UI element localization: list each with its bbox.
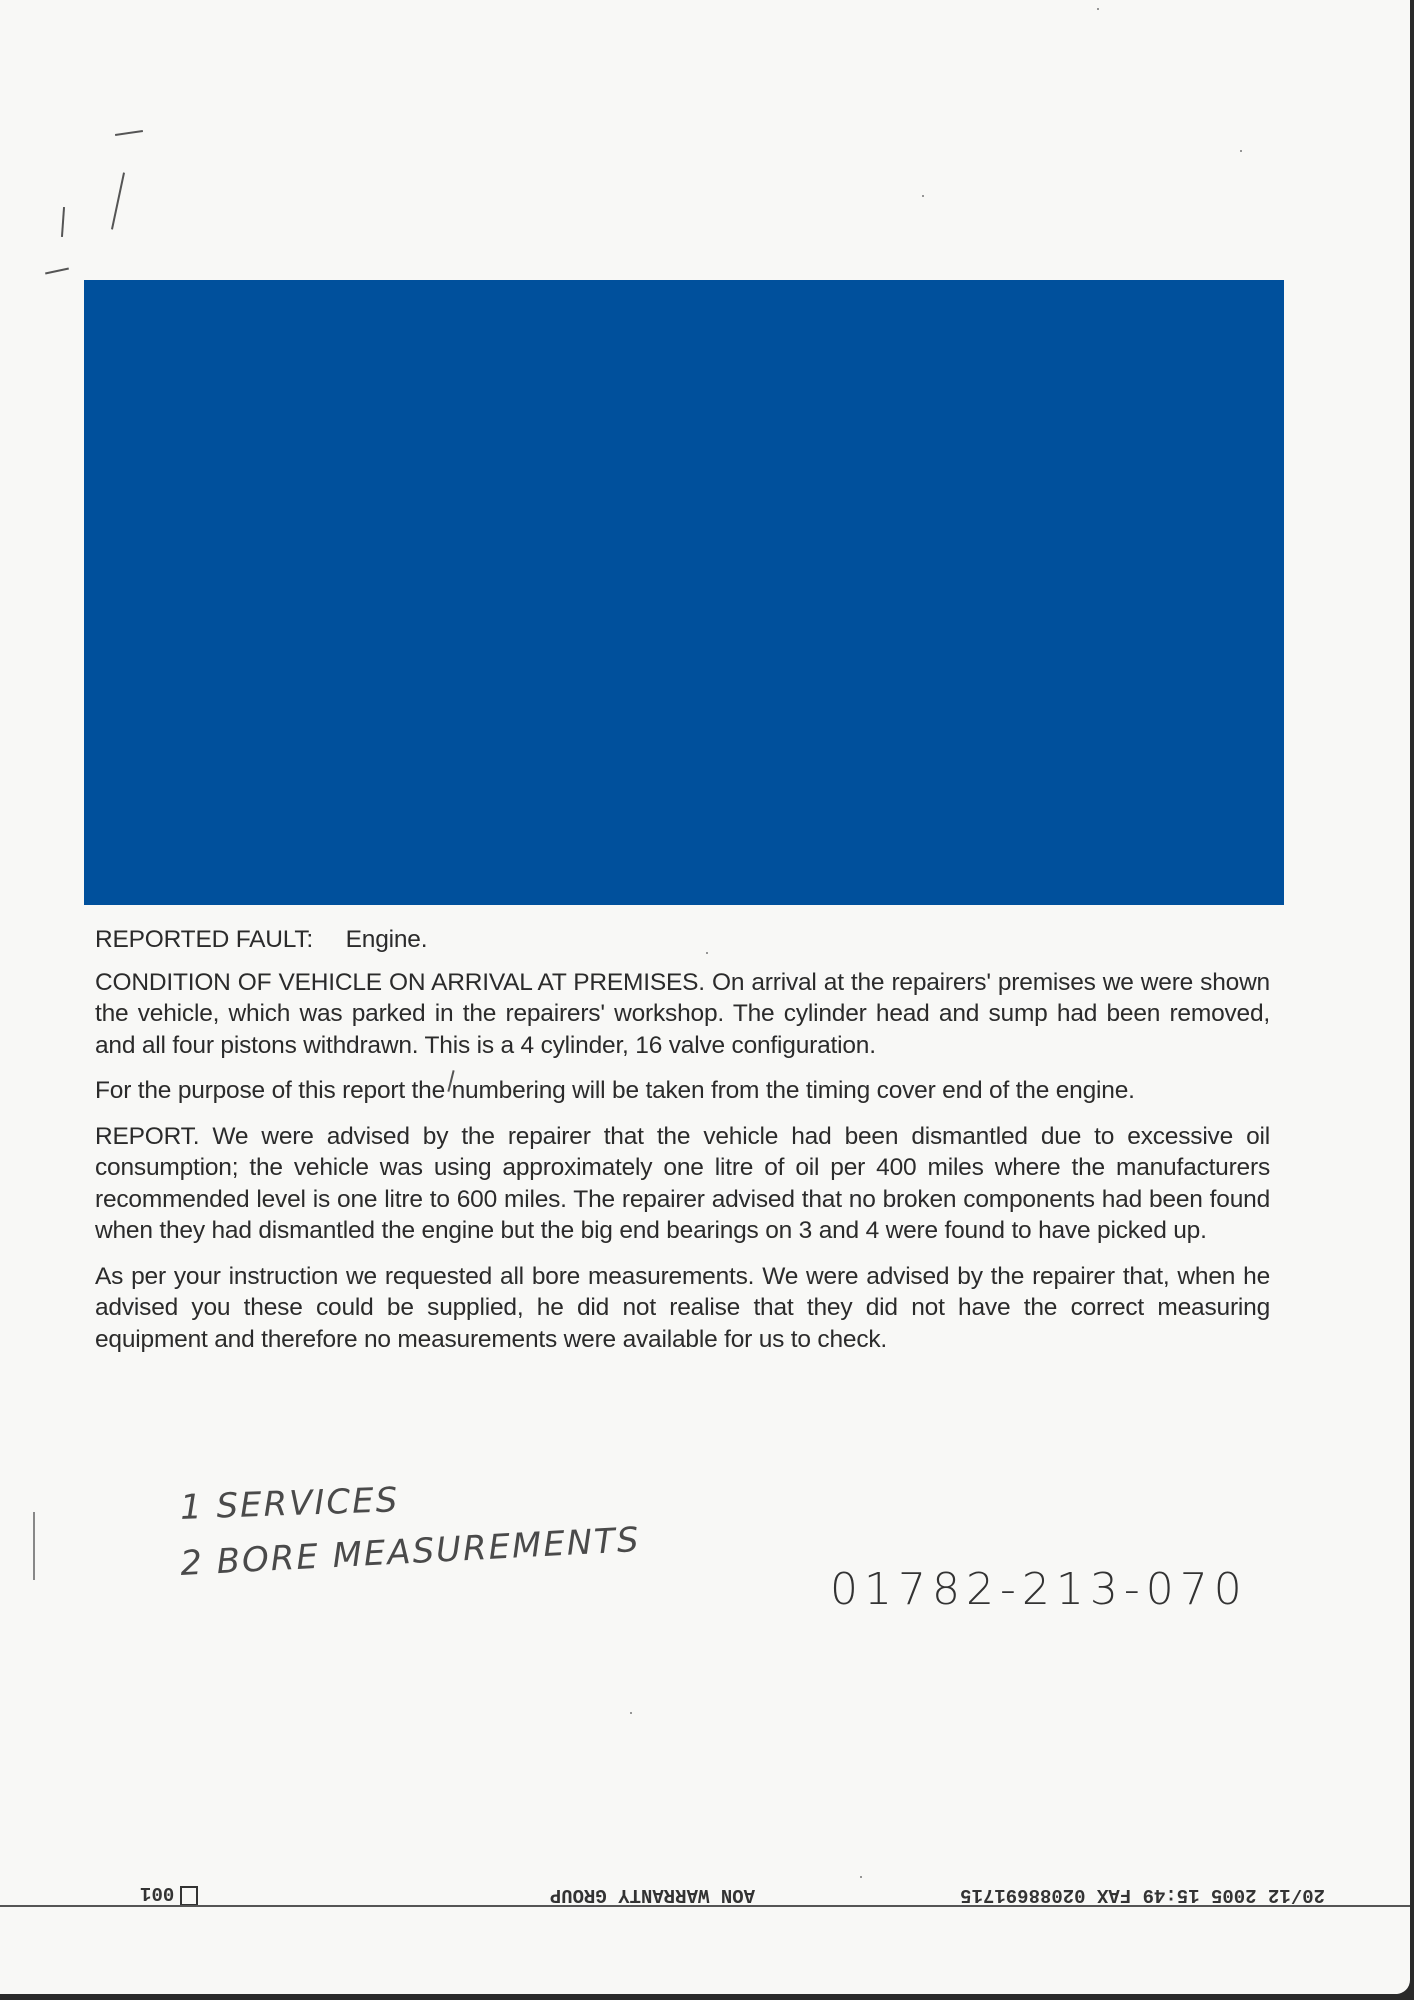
reported-fault: REPORTED FAULT: Engine. (95, 924, 1270, 956)
fax-page-value: 001 (140, 1882, 174, 1904)
paragraph-numbering: For the purpose of this report the numbe… (95, 1075, 1270, 1107)
fax-checkbox-icon (180, 1886, 198, 1906)
report-body: REPORTED FAULT: Engine. CONDITION OF VEH… (95, 924, 1270, 1369)
handwritten-note-2: 2 BORE MEASUREMENTS (179, 1520, 641, 1584)
pen-mark (115, 130, 143, 136)
pen-mark (45, 268, 69, 275)
pen-mark (111, 172, 125, 229)
scan-speck (860, 1876, 862, 1878)
paragraph-report: REPORT. We were advised by the repairer … (95, 1121, 1270, 1247)
paragraph-condition: CONDITION OF VEHICLE ON ARRIVAL AT PREMI… (95, 967, 1270, 1062)
redacted-region (84, 280, 1284, 905)
scan-speck (1240, 150, 1242, 152)
fax-page-number: 001 (140, 1882, 198, 1906)
pen-mark (61, 207, 65, 237)
scan-speck (630, 1712, 632, 1714)
fax-timestamp: 20/12 2005 15:49 FAX 02088691715 (960, 1884, 1325, 1906)
scan-speck (922, 195, 924, 197)
reported-fault-value: Engine. (346, 926, 428, 953)
handwritten-phone-number: 01782-213-070 (830, 1564, 1248, 1615)
reported-fault-label: REPORTED FAULT: (95, 926, 313, 953)
scan-speck (1097, 8, 1099, 10)
scanned-page: REPORTED FAULT: Engine. CONDITION OF VEH… (0, 0, 1410, 1994)
handwritten-note-1: 1 SERVICES (179, 1480, 399, 1528)
paragraph-bore-measurements: As per your instruction we requested all… (95, 1261, 1270, 1356)
fax-divider (0, 1905, 1410, 1907)
pen-mark (33, 1512, 35, 1580)
fax-sender: AON WARRANTY GROUP (550, 1884, 755, 1906)
